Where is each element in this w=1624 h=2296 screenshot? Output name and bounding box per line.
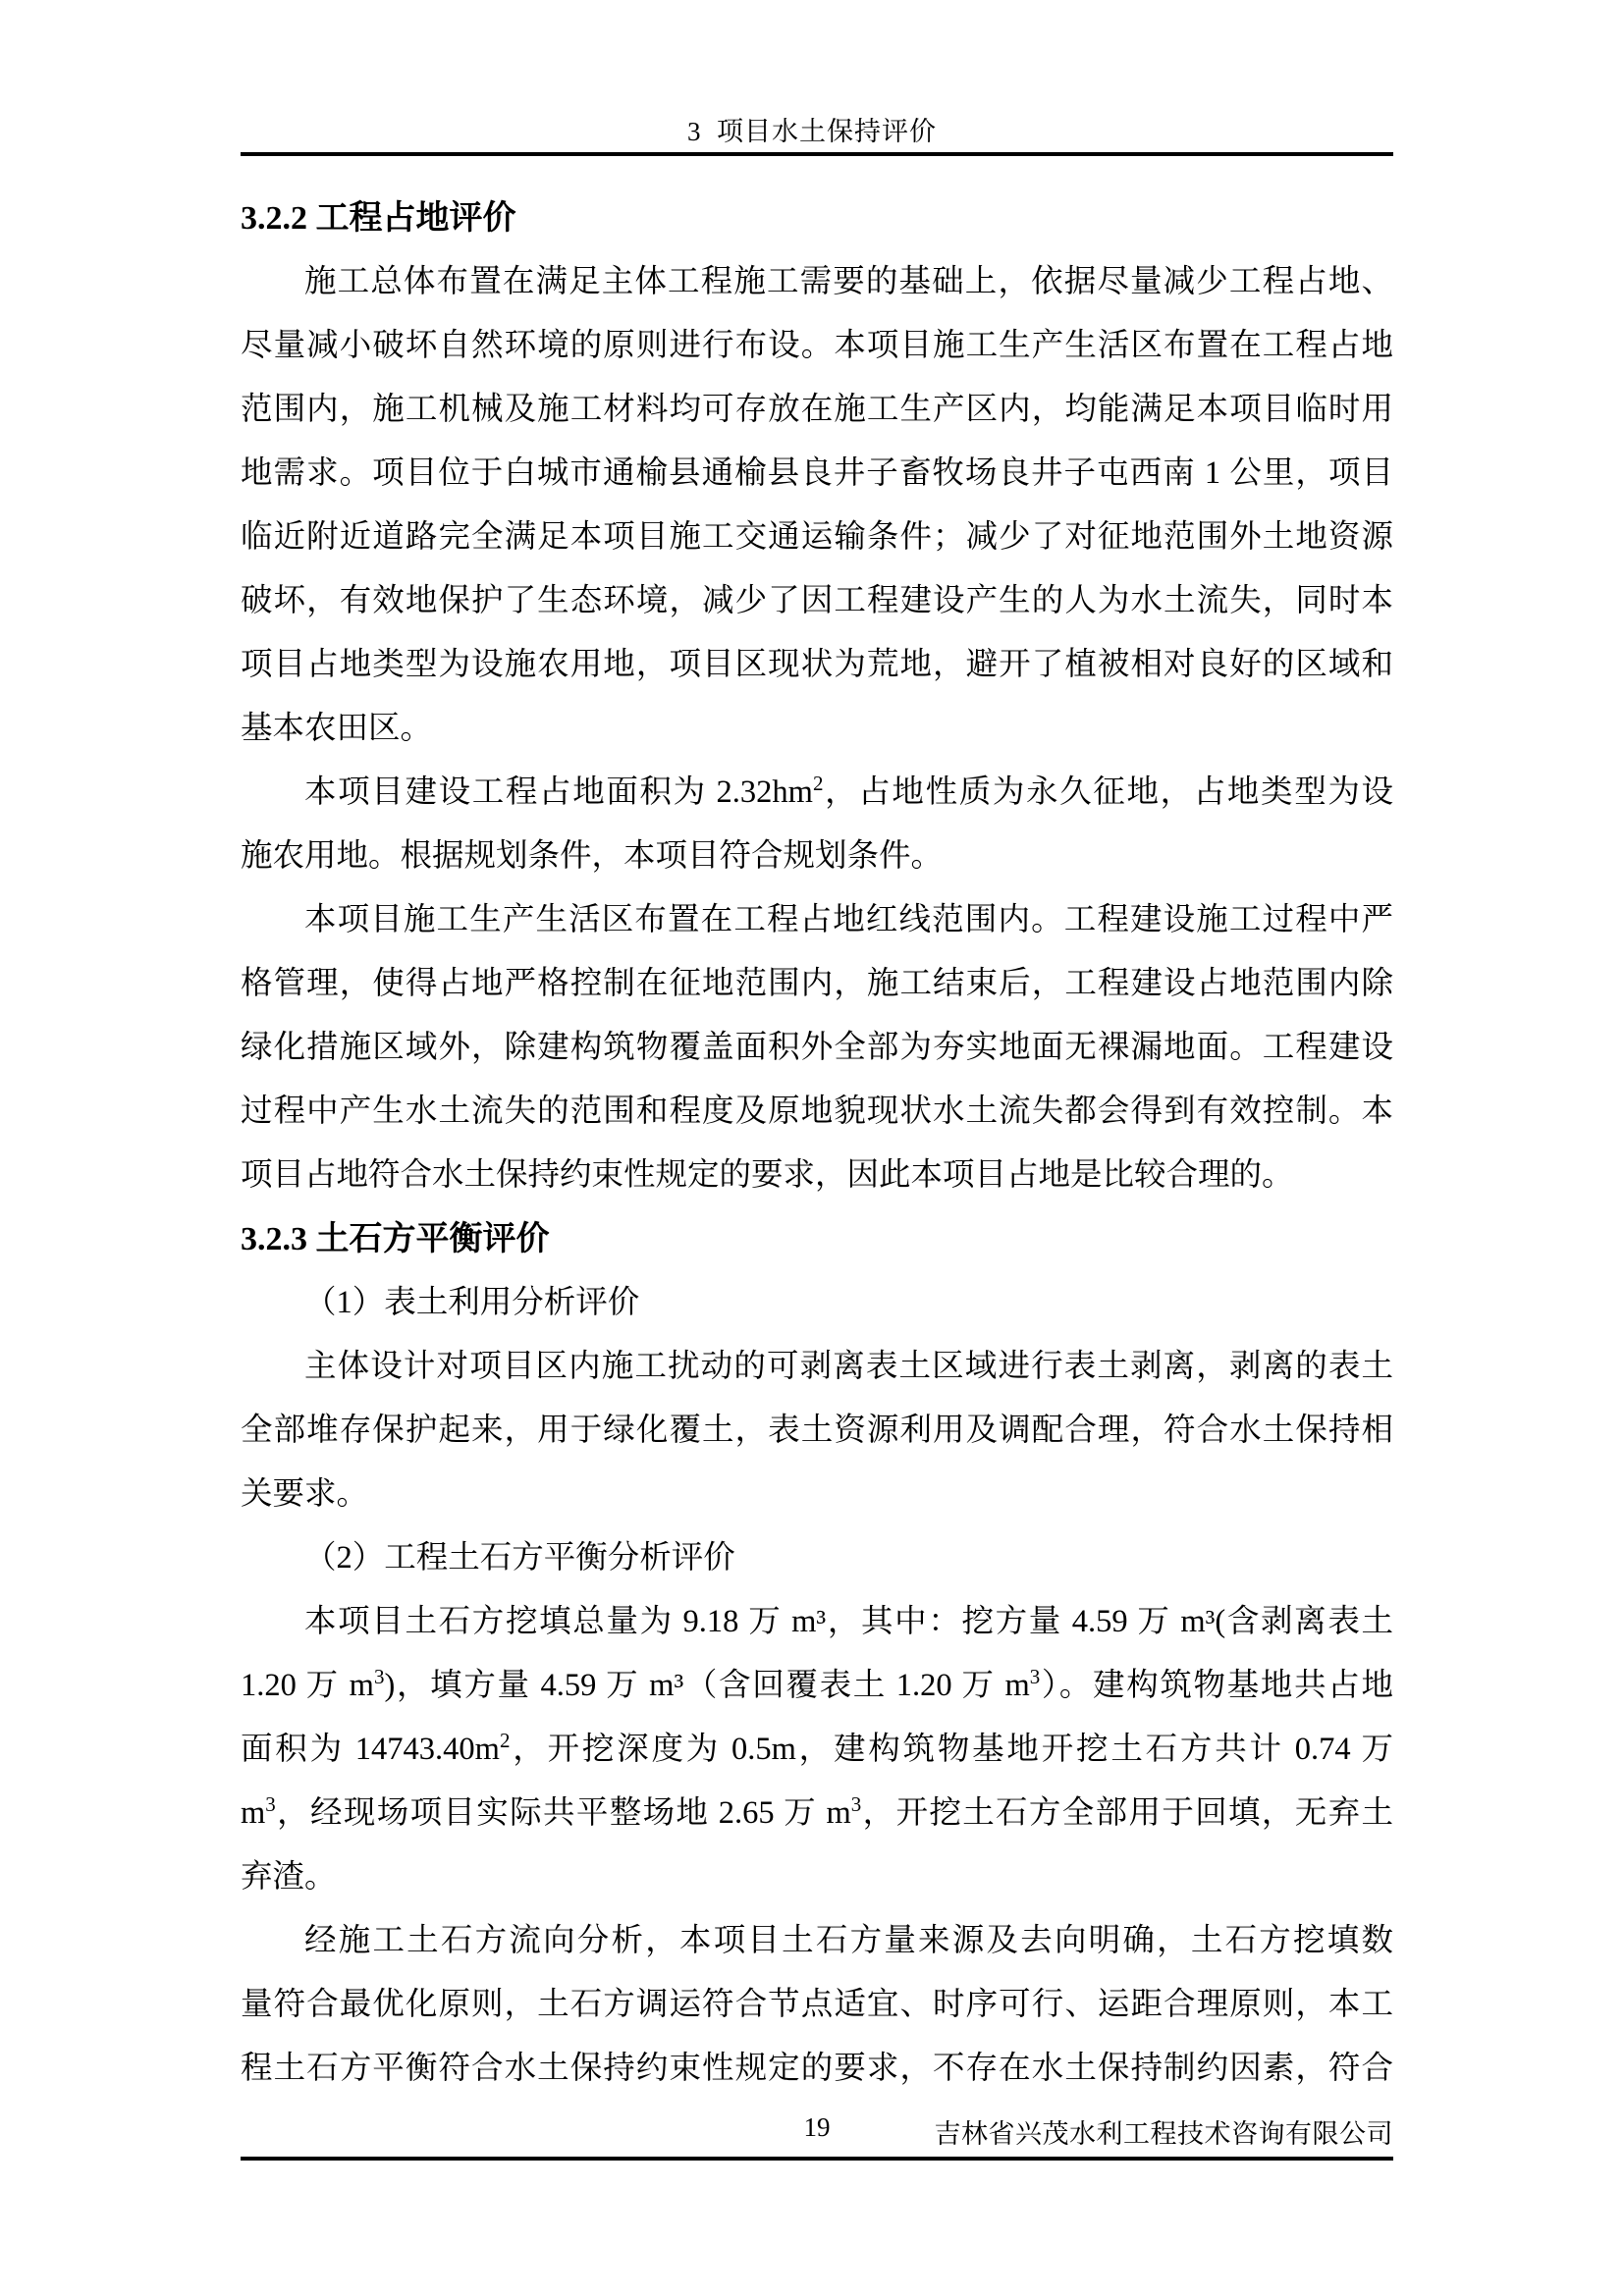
text-line: 程土石方平衡符合水土保持约束性规定的要求，不存在水土保持制约因素，符合 — [241, 2037, 1393, 2101]
text-run: ，经现场项目实际共平整场地 2.65 万 m — [276, 1795, 851, 1831]
paragraph: （1）表土利用分析评价 — [241, 1271, 1393, 1335]
text-run: ）。建构筑物基地共占地 — [1040, 1668, 1393, 1703]
text-run: 关要求。 — [241, 1476, 368, 1512]
text-line: 本项目建设工程占地面积为 2.32hm2，占地性质为永久征地，占地类型为设 — [241, 761, 1393, 825]
text-run: 面积为 14743.40m — [241, 1732, 500, 1767]
text-line: 本项目土石方挖填总量为 9.18 万 m³，其中：挖方量 4.59 万 m³(含… — [241, 1590, 1393, 1654]
text-run: 1.20 万 m — [241, 1668, 374, 1703]
paragraph: 主体设计对项目区内施工扰动的可剥离表土区域进行表土剥离，剥离的表土全部堆存保护起… — [241, 1335, 1393, 1526]
superscript-run: 3 — [374, 1665, 385, 1688]
text-run: 临近附近道路完全满足本项目施工交通运输条件；减少了对征地范围外土地资源 — [241, 519, 1393, 555]
paragraph: 经施工土石方流向分析，本项目土石方量来源及去向明确，土石方挖填数量符合最优化原则… — [241, 1909, 1393, 2101]
text-line: 本项目施工生产生活区布置在工程占地红线范围内。工程建设施工过程中严 — [241, 888, 1393, 952]
header-rule — [241, 152, 1393, 156]
text-line: 基本农田区。 — [241, 697, 1393, 761]
text-run: 本项目建设工程占地面积为 2.32hm — [304, 774, 813, 810]
text-run: 格管理，使得占地严格控制在征地范围内，施工结束后，工程建设占地范围内除 — [241, 966, 1393, 1001]
text-run: ，开挖深度为 0.5m，建构筑物基地开挖土石方共计 0.74 万 — [510, 1732, 1393, 1767]
section-heading: 3.2.3 土石方平衡评价 — [241, 1207, 1393, 1271]
text-run: 本项目施工生产生活区布置在工程占地红线范围内。工程建设施工过程中严 — [304, 902, 1393, 937]
footer-row: 19 吉林省兴茂水利工程技术咨询有限公司 — [241, 2112, 1393, 2154]
text-line: （1）表土利用分析评价 — [241, 1271, 1393, 1335]
text-run: 地需求。项目位于白城市通榆县通榆县良井子畜牧场良井子屯西南 1 公里，项目 — [241, 455, 1393, 491]
text-run: m — [241, 1795, 265, 1831]
text-line: 施农用地。根据规划条件，本项目符合规划条件。 — [241, 825, 1393, 888]
text-run: 过程中产生水土流失的范围和程度及原地貌现状水土流失都会得到有效控制。本 — [241, 1094, 1393, 1129]
text-line: 1.20 万 m3)，填方量 4.59 万 m³（含回覆表土 1.20 万 m3… — [241, 1654, 1393, 1718]
footer-company: 吉林省兴茂水利工程技术咨询有限公司 — [935, 2112, 1394, 2151]
text-line: 关要求。 — [241, 1463, 1393, 1526]
text-line: 弃渣。 — [241, 1845, 1393, 1909]
text-run: （1）表土利用分析评价 — [304, 1285, 639, 1320]
text-run: )，填方量 4.59 万 m³（含回覆表土 1.20 万 m — [384, 1668, 1029, 1703]
text-run: 施农用地。根据规划条件，本项目符合规划条件。 — [241, 838, 943, 874]
text-run: 施工总体布置在满足主体工程施工需要的基础上，依据尽量减少工程占地、 — [304, 264, 1393, 299]
paragraph: 本项目施工生产生活区布置在工程占地红线范围内。工程建设施工过程中严格管理，使得占… — [241, 888, 1393, 1207]
superscript-run: 3 — [265, 1792, 276, 1816]
text-line: 临近附近道路完全满足本项目施工交通运输条件；减少了对征地范围外土地资源 — [241, 506, 1393, 569]
paragraph: 本项目建设工程占地面积为 2.32hm2，占地性质为永久征地，占地类型为设施农用… — [241, 761, 1393, 888]
text-run: 绿化措施区域外，除建构筑物覆盖面积外全部为夯实地面无裸漏地面。工程建设 — [241, 1030, 1393, 1065]
text-run: 破坏，有效地保护了生态环境，减少了因工程建设产生的人为水土流失，同时本 — [241, 583, 1393, 618]
text-line: 绿化措施区域外，除建构筑物覆盖面积外全部为夯实地面无裸漏地面。工程建设 — [241, 1016, 1393, 1080]
superscript-run: 3 — [851, 1792, 862, 1816]
text-run: 经施工土石方流向分析，本项目土石方量来源及去向明确，土石方挖填数 — [304, 1923, 1393, 1958]
text-run: 范围内，施工机械及施工材料均可存放在施工生产区内，均能满足本项目临时用 — [241, 392, 1393, 427]
text-run: 弃渣。 — [241, 1859, 337, 1895]
text-run: ，开挖土石方全部用于回填，无弃土 — [861, 1795, 1393, 1831]
section-heading: 3.2.2 工程占地评价 — [241, 187, 1393, 250]
text-run: 基本农田区。 — [241, 711, 432, 746]
text-line: 全部堆存保护起来，用于绿化覆土，表土资源利用及调配合理，符合水土保持相 — [241, 1399, 1393, 1463]
text-run: 量符合最优化原则，土石方调运符合节点适宜、时序可行、运距合理原则，本工 — [241, 1987, 1393, 2022]
text-run: 本项目土石方挖填总量为 9.18 万 m³，其中：挖方量 4.59 万 m³(含… — [304, 1604, 1393, 1639]
document-page: 3 项目水土保持评价 3.2.2 工程占地评价施工总体布置在满足主体工程施工需要… — [0, 0, 1624, 2296]
text-run: 主体设计对项目区内施工扰动的可剥离表土区域进行表土剥离，剥离的表土 — [304, 1349, 1393, 1384]
superscript-run: 2 — [813, 772, 824, 795]
paragraph: （2）工程土石方平衡分析评价 — [241, 1526, 1393, 1590]
text-line: 范围内，施工机械及施工材料均可存放在施工生产区内，均能满足本项目临时用 — [241, 378, 1393, 442]
text-line: 面积为 14743.40m2，开挖深度为 0.5m，建构筑物基地开挖土石方共计 … — [241, 1718, 1393, 1782]
text-line: 经施工土石方流向分析，本项目土石方量来源及去向明确，土石方挖填数 — [241, 1909, 1393, 1973]
text-line: 施工总体布置在满足主体工程施工需要的基础上，依据尽量减少工程占地、 — [241, 250, 1393, 314]
text-run: ，占地性质为永久征地，占地类型为设 — [823, 774, 1393, 810]
text-run: 程土石方平衡符合水土保持约束性规定的要求，不存在水土保持制约因素，符合 — [241, 2051, 1393, 2086]
header-title: 3 项目水土保持评价 — [0, 110, 1624, 148]
text-line: 量符合最优化原则，土石方调运符合节点适宜、时序可行、运距合理原则，本工 — [241, 1973, 1393, 2037]
superscript-run: 2 — [500, 1729, 511, 1752]
text-run: 项目占地类型为设施农用地，项目区现状为荒地，避开了植被相对良好的区域和 — [241, 647, 1393, 682]
text-line: 尽量减小破坏自然环境的原则进行布设。本项目施工生产生活区布置在工程占地 — [241, 314, 1393, 378]
text-line: 项目占地符合水土保持约束性规定的要求，因此本项目占地是比较合理的。 — [241, 1144, 1393, 1207]
text-run: 全部堆存保护起来，用于绿化覆土，表土资源利用及调配合理，符合水土保持相 — [241, 1413, 1393, 1448]
text-run: （2）工程土石方平衡分析评价 — [304, 1540, 735, 1575]
text-line: 项目占地类型为设施农用地，项目区现状为荒地，避开了植被相对良好的区域和 — [241, 633, 1393, 697]
text-line: m3，经现场项目实际共平整场地 2.65 万 m3，开挖土石方全部用于回填，无弃… — [241, 1782, 1393, 1845]
text-line: 破坏，有效地保护了生态环境，减少了因工程建设产生的人为水土流失，同时本 — [241, 569, 1393, 633]
text-line: 地需求。项目位于白城市通榆县通榆县良井子畜牧场良井子屯西南 1 公里，项目 — [241, 442, 1393, 506]
paragraph: 施工总体布置在满足主体工程施工需要的基础上，依据尽量减少工程占地、尽量减小破坏自… — [241, 250, 1393, 761]
text-line: 主体设计对项目区内施工扰动的可剥离表土区域进行表土剥离，剥离的表土 — [241, 1335, 1393, 1399]
paragraph: 本项目土石方挖填总量为 9.18 万 m³，其中：挖方量 4.59 万 m³(含… — [241, 1590, 1393, 1909]
page-number: 19 — [804, 2112, 831, 2143]
text-line: 格管理，使得占地严格控制在征地范围内，施工结束后，工程建设占地范围内除 — [241, 952, 1393, 1016]
footer-rule — [241, 2157, 1393, 2161]
document-blocks: 3.2.2 工程占地评价施工总体布置在满足主体工程施工需要的基础上，依据尽量减少… — [241, 187, 1393, 2101]
text-run: 尽量减小破坏自然环境的原则进行布设。本项目施工生产生活区布置在工程占地 — [241, 328, 1393, 363]
text-line: 过程中产生水土流失的范围和程度及原地貌现状水土流失都会得到有效控制。本 — [241, 1080, 1393, 1144]
text-line: （2）工程土石方平衡分析评价 — [241, 1526, 1393, 1590]
superscript-run: 3 — [1030, 1665, 1041, 1688]
text-run: 项目占地符合水土保持约束性规定的要求，因此本项目占地是比较合理的。 — [241, 1157, 1294, 1193]
